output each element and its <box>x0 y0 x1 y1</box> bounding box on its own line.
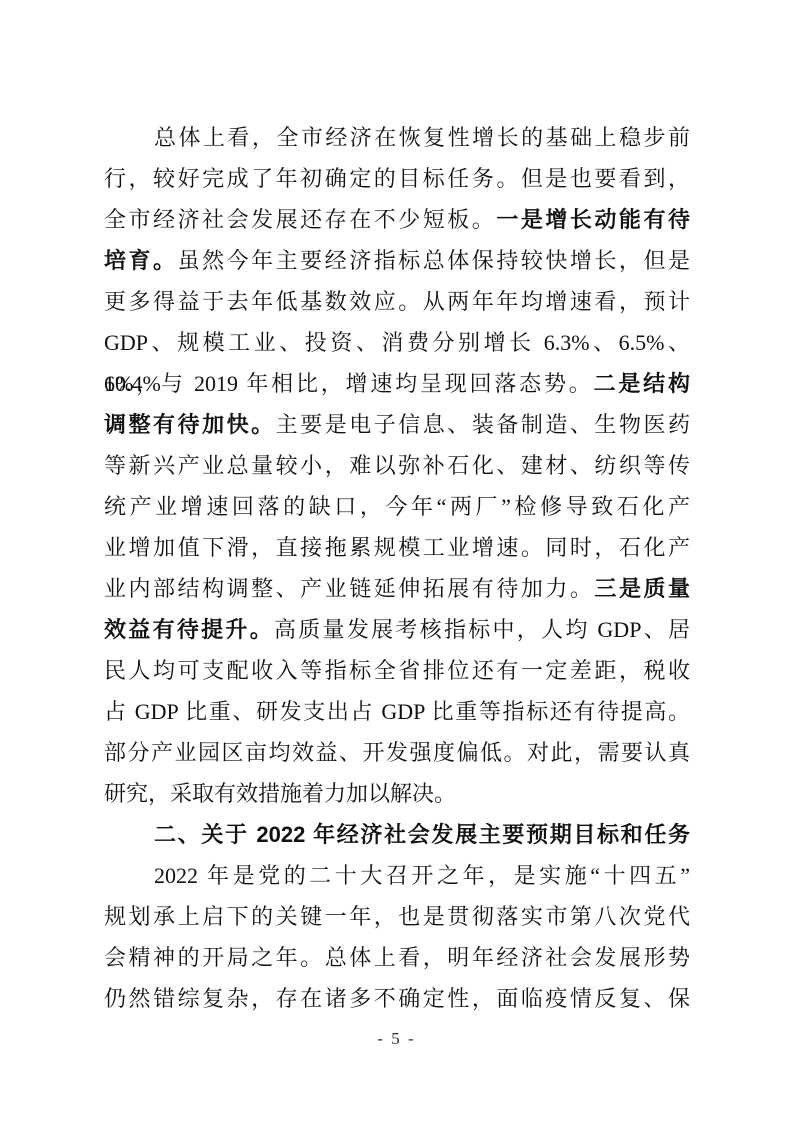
text-run: 总体上看，全市经济在恢复性增长的基础上稳步前 <box>154 125 690 150</box>
text-line: 全市经济社会发展还存在不少短板。一是增长动能有待 <box>104 199 690 240</box>
text-line: 会精神的开局之年。总体上看，明年经济社会发展形势 <box>104 937 690 978</box>
document-body: 总体上看，全市经济在恢复性增长的基础上稳步前行，较好完成了年初确定的目标任务。但… <box>104 117 690 1019</box>
text-line: 占 GDP 比重、研发支出占 GDP 比重等指标还有待提高。 <box>104 691 690 732</box>
text-run: 占 GDP 比重、研发支出占 GDP 比重等指标还有待提高。 <box>104 699 690 724</box>
bold-text-run: 三是质量 <box>594 576 690 601</box>
text-run: 全市经济社会发展还存在不少短板。 <box>104 207 496 232</box>
text-run: 等新兴产业总量较小，难以弥补石化、建材、纺织等传 <box>104 453 690 478</box>
text-line: 仍然错综复杂，存在诸多不确定性，面临疫情反复、保 <box>104 978 690 1019</box>
text-line: 统产业增速回落的缺口，今年“两厂”检修导致石化产 <box>104 486 690 527</box>
text-line: 部分产业园区亩均效益、开发强度偏低。对此，需要认真 <box>104 732 690 773</box>
text-line: 培育。虽然今年主要经济指标总体保持较快增长，但是 <box>104 240 690 281</box>
bold-text-run: 二、关于 2022 年经济社会发展主要预期目标和任务 <box>154 822 690 847</box>
text-line: GDP、规模工业、投资、消费分别增长 6.3%、6.5%、10.4%、 <box>104 322 690 363</box>
text-line: 业内部结构调整、产业链延伸拓展有待加力。三是质量 <box>104 568 690 609</box>
text-run: 部分产业园区亩均效益、开发强度偏低。对此，需要认真 <box>104 740 690 765</box>
text-run: 研究，采取有效措施着力加以解决。 <box>104 781 456 806</box>
bold-text-run: 效益有待提升。 <box>104 617 274 642</box>
text-run: 6%，与 2019 年相比，增速均呈现回落态势。 <box>104 371 594 396</box>
text-run: 主要是电子信息、装备制造、生物医药 <box>276 412 690 437</box>
document-page: 总体上看，全市经济在恢复性增长的基础上稳步前行，较好完成了年初确定的目标任务。但… <box>0 0 793 1122</box>
text-line: 行，较好完成了年初确定的目标任务。但是也要看到， <box>104 158 690 199</box>
text-line: 6%，与 2019 年相比，增速均呈现回落态势。二是结构 <box>104 363 690 404</box>
section-heading: 二、关于 2022 年经济社会发展主要预期目标和任务 <box>104 814 690 855</box>
text-line: 总体上看，全市经济在恢复性增长的基础上稳步前 <box>104 117 690 158</box>
text-run: 民人均可支配收入等指标全省排位还有一定差距，税收 <box>104 658 690 683</box>
text-line: 民人均可支配收入等指标全省排位还有一定差距，税收 <box>104 650 690 691</box>
text-line: 业增加值下滑，直接拖累规模工业增速。同时，石化产 <box>104 527 690 568</box>
text-run: 虽然今年主要经济指标总体保持较快增长，但是 <box>178 248 690 273</box>
text-run: 行，较好完成了年初确定的目标任务。但是也要看到， <box>104 166 690 191</box>
text-run: 会精神的开局之年。总体上看，明年经济社会发展形势 <box>104 945 690 970</box>
text-run: 更多得益于去年低基数效应。从两年年均增速看，预计 <box>104 289 690 314</box>
text-line: 规划承上启下的关键一年，也是贯彻落实市第八次党代 <box>104 896 690 937</box>
text-line: 等新兴产业总量较小，难以弥补石化、建材、纺织等传 <box>104 445 690 486</box>
page-number: - 5 - <box>0 1026 793 1052</box>
text-run: 高质量发展考核指标中，人均 GDP、居 <box>274 617 690 642</box>
text-line: 效益有待提升。高质量发展考核指标中，人均 GDP、居 <box>104 609 690 650</box>
text-run: 仍然错综复杂，存在诸多不确定性，面临疫情反复、保 <box>104 986 690 1011</box>
bold-text-run: 二是结构 <box>594 371 690 396</box>
bold-text-run: 调整有待加快。 <box>104 412 276 437</box>
bold-text-run: 培育。 <box>104 248 178 273</box>
text-run: 规划承上启下的关键一年，也是贯彻落实市第八次党代 <box>104 904 690 929</box>
text-line: 调整有待加快。主要是电子信息、装备制造、生物医药 <box>104 404 690 445</box>
text-line: 2022 年是党的二十大召开之年，是实施“十四五” <box>104 855 690 896</box>
text-run: 业内部结构调整、产业链延伸拓展有待加力。 <box>104 576 594 601</box>
bold-text-run: 一是增长动能有待 <box>496 207 690 232</box>
text-line: 研究，采取有效措施着力加以解决。 <box>104 773 690 814</box>
text-run: 2022 年是党的二十大召开之年，是实施“十四五” <box>154 863 690 888</box>
text-run: 统产业增速回落的缺口，今年“两厂”检修导致石化产 <box>104 494 690 519</box>
text-line: 更多得益于去年低基数效应。从两年年均增速看，预计 <box>104 281 690 322</box>
text-run: 业增加值下滑，直接拖累规模工业增速。同时，石化产 <box>104 535 690 560</box>
